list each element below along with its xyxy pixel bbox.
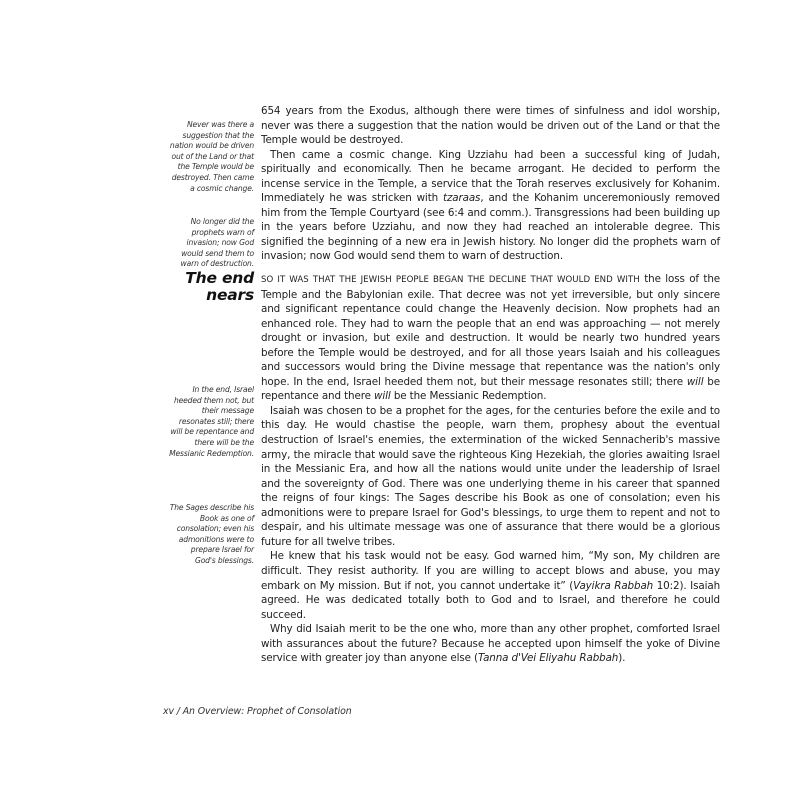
paragraph-exodus: 654 years from the Exodus, although ther… bbox=[261, 104, 720, 148]
sidenote-messianic-redemption: In the end, Israel heeded them not, but … bbox=[168, 385, 254, 459]
italic-emphasis: will bbox=[687, 376, 704, 388]
book-page: Never was there a suggestion that the na… bbox=[0, 0, 800, 800]
sidenote-warn-destruction: No longer did the prophets warn of invas… bbox=[168, 217, 254, 270]
text-run: be the Messianic Redemption. bbox=[391, 390, 547, 402]
sidenote-cosmic-change: Never was there a suggestion that the na… bbox=[168, 120, 254, 194]
paragraph-why-isaiah: Why did Isaiah merit to be the one who, … bbox=[261, 622, 720, 666]
paragraph-isaiah-chosen: Isaiah was chosen to be a prophet for th… bbox=[261, 404, 720, 549]
section-heading-line2: nears bbox=[164, 287, 254, 304]
italic-term-tzaraas: tzaraas bbox=[443, 192, 480, 204]
main-text-column: 654 years from the Exodus, although ther… bbox=[261, 104, 720, 666]
italic-emphasis: will bbox=[374, 390, 391, 402]
paragraph-uzziahu: Then came a cosmic change. King Uzziahu … bbox=[261, 148, 720, 264]
italic-citation-tanna: Tanna d'Vei Eliyahu Rabbah bbox=[478, 652, 618, 664]
paragraph-task-not-easy: He knew that his task would not be easy.… bbox=[261, 549, 720, 622]
text-run: the loss of the Temple and the Babylonia… bbox=[261, 273, 720, 388]
italic-citation-vayikra: Vayikra Rabbah bbox=[573, 580, 653, 592]
page-footer-running-title: xv / An Overview: Prophet of Consolation bbox=[163, 706, 352, 717]
small-caps-lead-in: SO IT WAS THAT THE JEWISH PEOPLE BEGAN T… bbox=[261, 275, 640, 285]
paragraph-end-nears: SO IT WAS THAT THE JEWISH PEOPLE BEGAN T… bbox=[261, 272, 720, 404]
section-heading: The end nears bbox=[164, 270, 254, 304]
sidenote-sages-consolation: The Sages describe his Book as one of co… bbox=[168, 503, 254, 567]
section-heading-line1: The end bbox=[164, 270, 254, 287]
text-run: ). bbox=[618, 652, 625, 664]
